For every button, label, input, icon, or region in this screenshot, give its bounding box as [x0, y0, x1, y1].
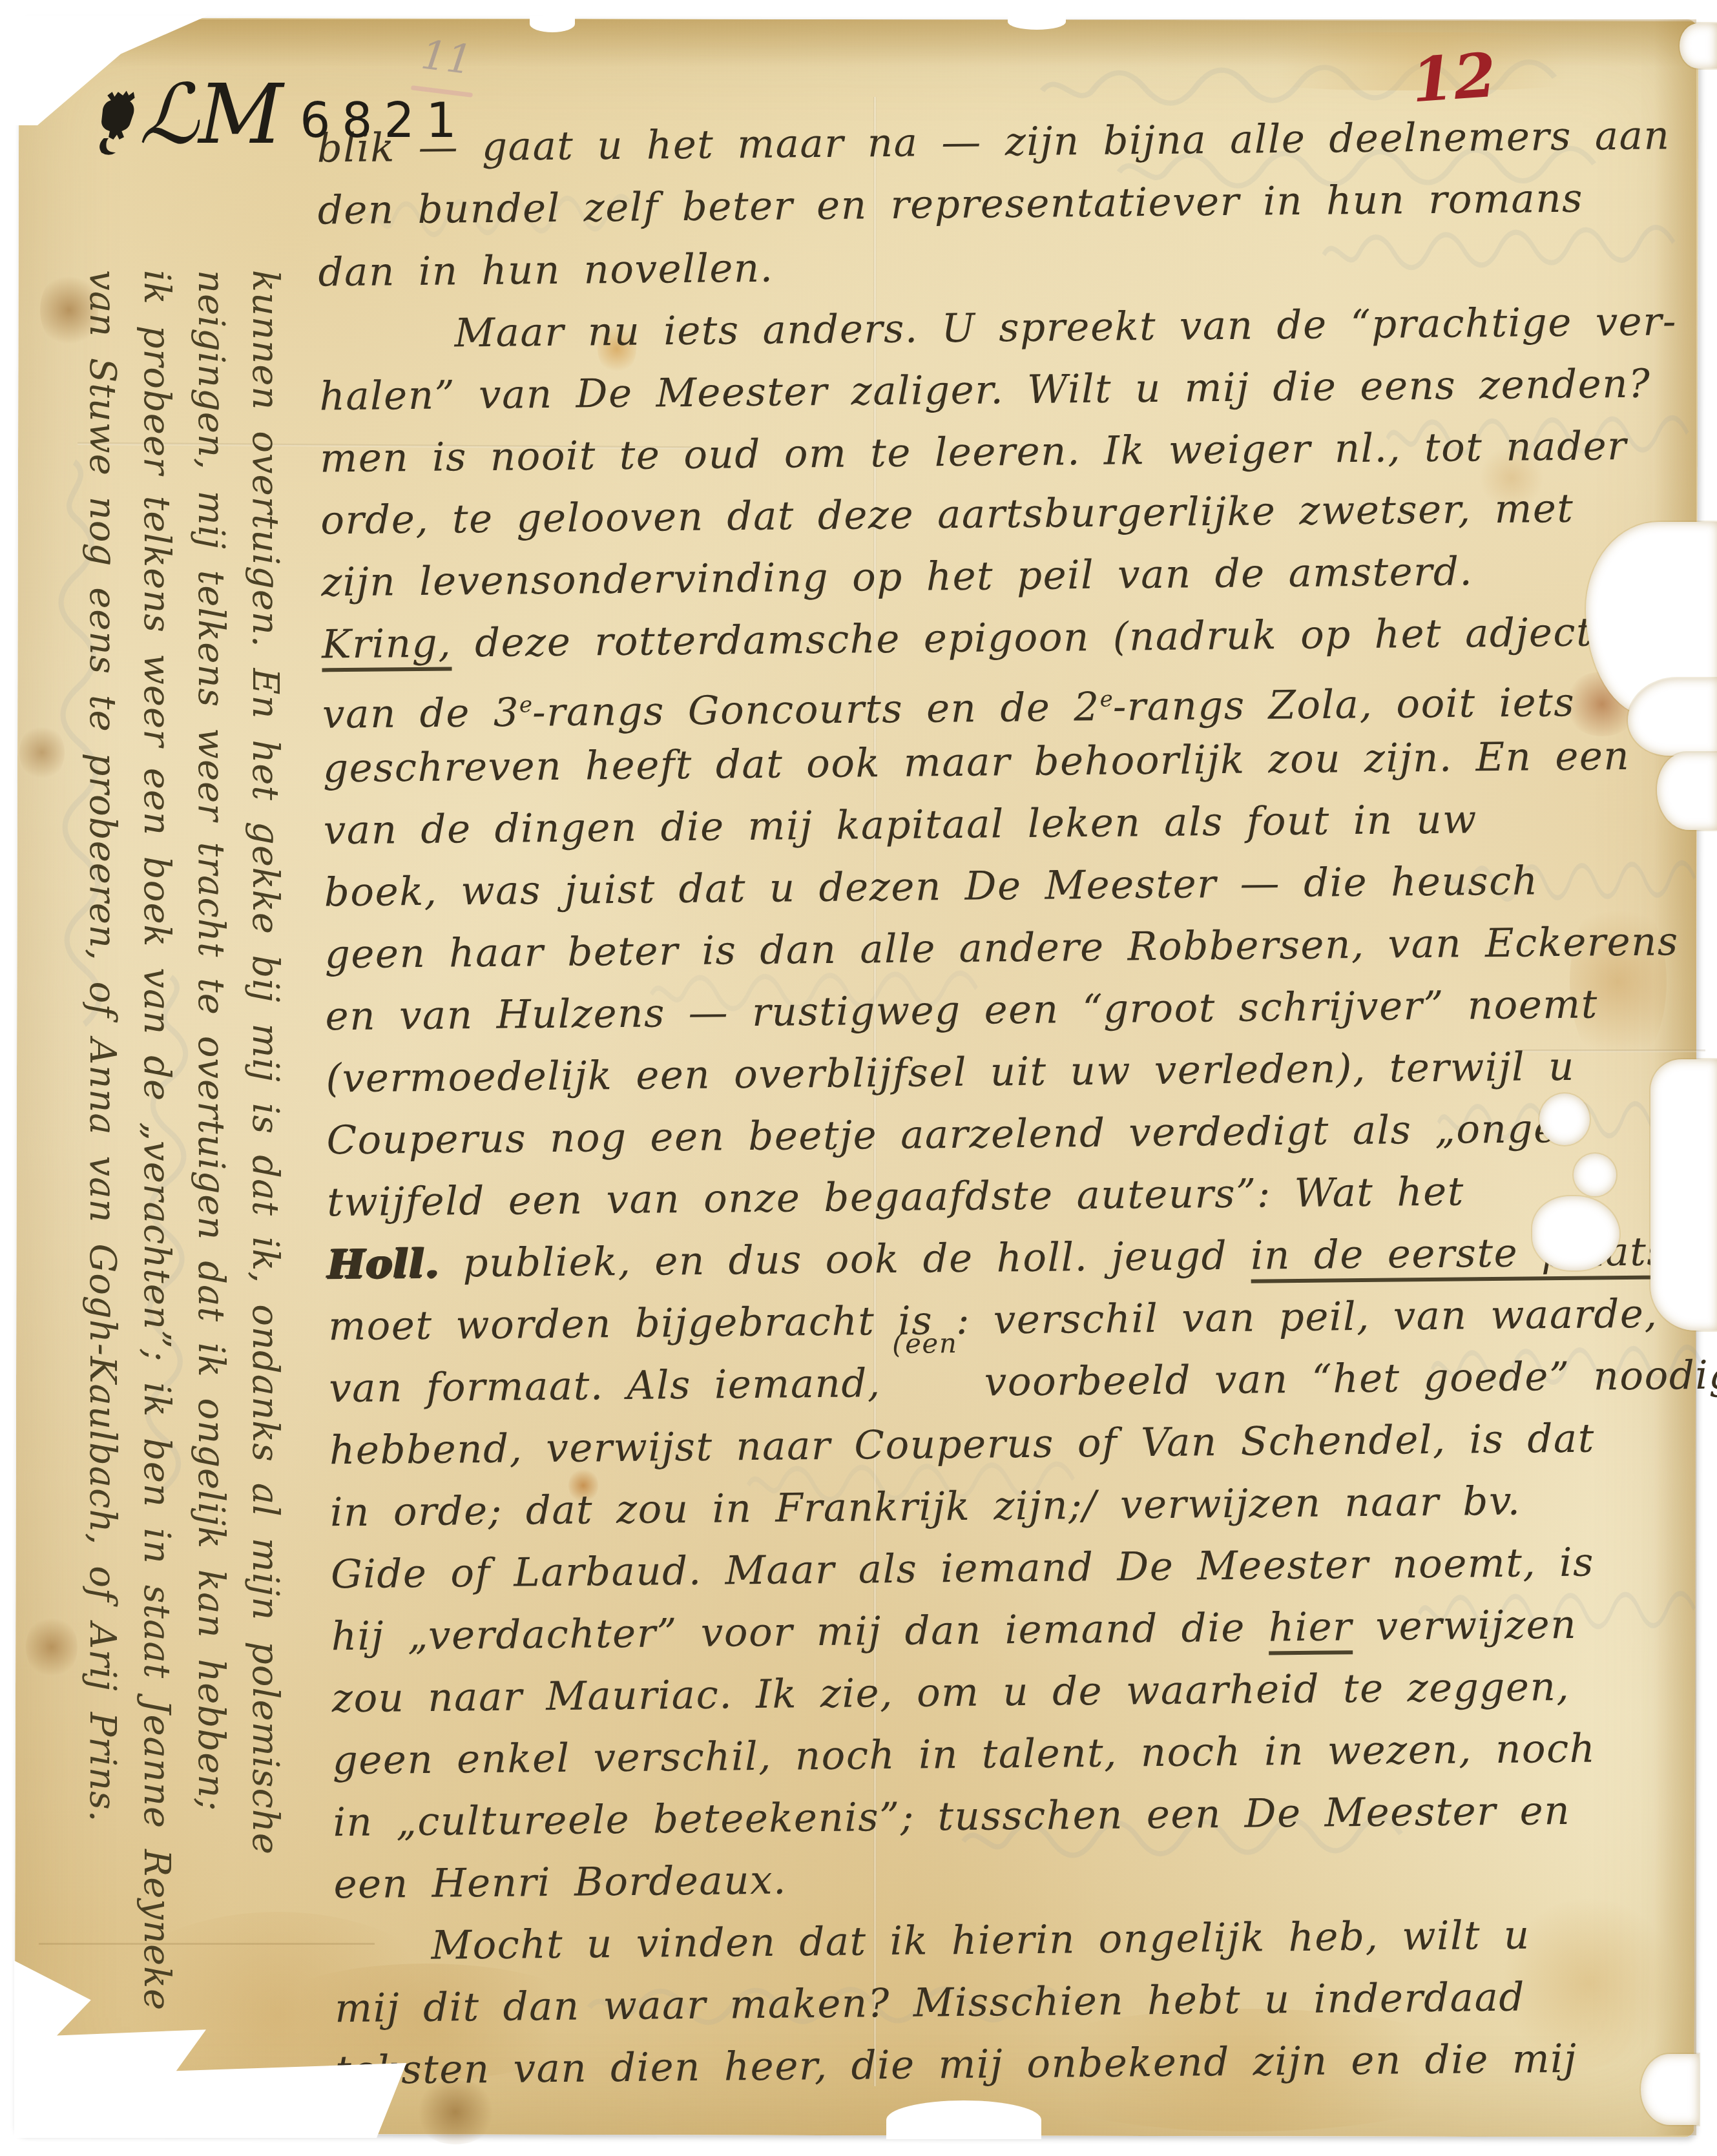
paper-hole	[1539, 1094, 1590, 1145]
margin-note: kunnen overtuigen. En het gekke bij mij …	[75, 270, 292, 2091]
paper-edge-tear	[1650, 1059, 1717, 1331]
inserted-word: een	[892, 1330, 958, 1358]
text-segment: en van Hulzens — rustigweg een “groot sc…	[325, 981, 1598, 1039]
superscript: e	[519, 692, 533, 718]
text-segment: deze rotterdamsche epigoon (nadruk op he…	[452, 608, 1663, 666]
text-segment: -rangs Zola, ooit iets	[1112, 679, 1575, 730]
text-segment: geschreven heeft dat ook maar behoorlijk…	[323, 733, 1630, 791]
text-segment: twijfeld een van onze begaafdste auteurs…	[327, 1168, 1464, 1225]
text-segment: van de dingen die mij kapitaal leken als…	[324, 796, 1478, 853]
lion-crest-icon	[87, 88, 147, 160]
text-segment: den bundel zelf beter en representatieve…	[317, 176, 1583, 234]
paper-tear	[1657, 752, 1717, 830]
underlined-word: Kring,	[322, 620, 452, 672]
underlined-word: hier	[1268, 1604, 1353, 1655]
pencil-folio-number: 11	[419, 30, 475, 83]
text-segment: mij dit dan waar maken? Misschien hebt u…	[335, 1975, 1525, 2032]
text-segment: zou naar Mauriac. Ik zie, om u de waarhe…	[331, 1664, 1570, 1721]
text-segment: in „cultureele beteekenis”; tusschen een…	[333, 1788, 1570, 1845]
text-segment: (vermoedelijk een overblijfsel uit uw ve…	[326, 1044, 1575, 1102]
paper-tear	[1680, 23, 1717, 68]
text-line: in „cultureele beteekenis”; tusschen een…	[333, 1779, 1717, 1854]
text-segment: een Henri Bordeaux.	[333, 1858, 787, 1908]
blotted-word: Holl.	[328, 1241, 440, 1288]
archive-stamp: ℒM 6821	[87, 83, 468, 160]
text-segment: boek, was juist dat u dezen De Meester —…	[324, 858, 1538, 915]
superscript: e	[1099, 687, 1113, 712]
text-segment: Couperus nog een beetje aarzelend verded…	[326, 1106, 1572, 1164]
text-segment: Maar nu iets anders. U spreekt van de “p…	[454, 298, 1677, 356]
text-segment: dan in hun novellen.	[318, 245, 774, 296]
insertion-caret: een	[880, 1352, 984, 1415]
text-segment: hebbend, verwijst naar Couperus of Van S…	[329, 1416, 1595, 1474]
paper-hole	[1574, 1154, 1616, 1196]
text-segment: teksten van dien heer, die mij onbekend …	[335, 2036, 1577, 2093]
text-segment: verwijzen	[1352, 1602, 1577, 1650]
paper-tear	[1641, 2054, 1699, 2125]
text-segment: moet worden bijgebracht is : verschil va…	[328, 1291, 1658, 1350]
text-segment: van formaat. Als iemand,	[329, 1360, 881, 1411]
page-number-red: 12	[1409, 40, 1498, 117]
paper-hole	[1532, 1196, 1619, 1270]
margin-line: neigingen, mij telkens weer tracht te ov…	[183, 270, 238, 2091]
paper-tear	[1008, 14, 1066, 30]
scan-background: { "stamp": { "monogram": "ℒM", "number":…	[0, 0, 1717, 2156]
margin-line: kunnen overtuigen. En het gekke bij mij …	[238, 270, 292, 2091]
margin-line: van Stuwe nog eens te probeeren, of Anna…	[75, 270, 129, 2091]
paper-tear	[530, 16, 575, 32]
text-segment: van de 3	[322, 690, 520, 738]
text-segment: -rangs Goncourts en de 2	[532, 684, 1100, 735]
text-segment: men is nooit te oud om te leeren. Ik wei…	[320, 423, 1627, 481]
paper-tear	[886, 2100, 1041, 2139]
text-segment: orde, te gelooven dat deze aartsburgerli…	[320, 486, 1574, 544]
text-segment: geen haar beter is dan alle andere Robbe…	[324, 918, 1679, 977]
text-segment: hij „verdachter” voor mij dan iemand die	[331, 1604, 1269, 1659]
text-segment: in orde; dat zou in Frankrijk zijn;/ ver…	[330, 1478, 1521, 1536]
text-segment: zijn levensondervinding op het peil van …	[321, 548, 1473, 605]
text-segment: voorbeeld van “het goede” noodig	[984, 1352, 1717, 1405]
stain	[26, 1615, 78, 1679]
stamp-number: 6821	[300, 93, 468, 149]
text-line: teksten van dien heer, die mij onbekend …	[335, 2027, 1717, 2102]
text-segment: Gide of Larbaud. Maar als iemand De Mees…	[331, 1540, 1595, 1598]
stain	[19, 723, 65, 782]
margin-line: ik probeer telkens weer een boek van de …	[129, 270, 183, 2091]
text-segment: blik — gaat u het maar na — zijn bijna a…	[317, 112, 1670, 171]
letter-body: blik — gaat u het maar na — zijn bijna a…	[317, 105, 1717, 2102]
text-segment: publiek, en dus ook de holl. jeugd	[439, 1233, 1251, 1287]
text-segment: halen” van De Meester zaliger. Wilt u mi…	[319, 361, 1650, 420]
text-segment: Mocht u vinden dat ik hierin ongelijk he…	[431, 1912, 1530, 1969]
stamp-monogram: ℒM	[139, 83, 283, 147]
text-segment: geen enkel verschil, noch in talent, noc…	[332, 1726, 1596, 1784]
